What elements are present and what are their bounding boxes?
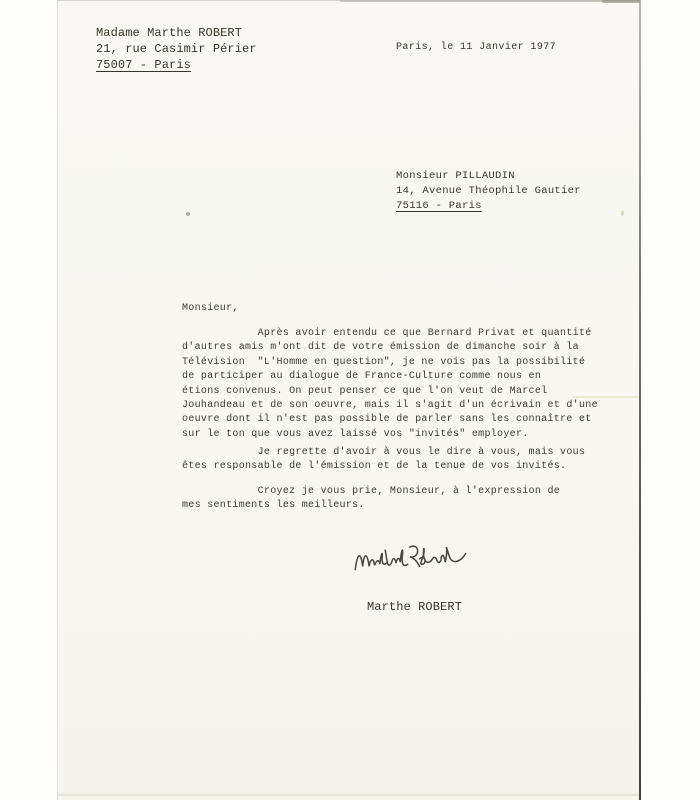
text-line: d'autres amis m'ont dit de votre émissio… <box>182 341 598 355</box>
recipient-city: 75116 - Paris <box>396 199 581 214</box>
letter-scan: Madame Marthe ROBERT 21, rue Casimir Pér… <box>0 0 700 800</box>
text-line: êtes responsable de l'émission et de la … <box>182 460 585 474</box>
recipient-address: Monsieur PILLAUDIN 14, Avenue Théophile … <box>396 169 581 214</box>
handwritten-signature <box>352 540 470 582</box>
sender-address: Madame Marthe ROBERT 21, rue Casimir Pér… <box>96 25 257 73</box>
paper-speck <box>186 212 190 216</box>
body-paragraph-3: Croyez je vous prie, Monsieur, à l'expre… <box>182 485 560 514</box>
text-line: Je regrette d'avoir à vous le dire à vou… <box>182 446 585 460</box>
scan-edge-top-dark <box>340 0 640 2</box>
text-line: Après avoir entendu ce que Bernard Priva… <box>182 327 598 341</box>
paper-speck <box>621 210 624 216</box>
typed-signature: Marthe ROBERT <box>367 600 462 614</box>
paper-bottom-shadow <box>57 792 639 796</box>
body-paragraph-1: Après avoir entendu ce que Bernard Priva… <box>182 327 598 442</box>
text-line: Télévision "L'Homme en question", je ne … <box>182 356 598 370</box>
scan-edge-left <box>57 0 58 800</box>
recipient-name: Monsieur PILLAUDIN <box>396 169 581 184</box>
text-line: Jouhandeau et de son oeuvre, mais il s'a… <box>182 399 598 413</box>
text-line: de participer au dialogue de France-Cult… <box>182 370 598 384</box>
text-line: Croyez je vous prie, Monsieur, à l'expre… <box>182 485 560 499</box>
scan-edge-right <box>639 0 641 800</box>
sender-name: Madame Marthe ROBERT <box>96 25 257 41</box>
letter-date: Paris, le 11 Janvier 1977 <box>396 42 556 53</box>
salutation: Monsieur, <box>182 303 239 314</box>
body-paragraph-2: Je regrette d'avoir à vous le dire à vou… <box>182 446 585 475</box>
recipient-street: 14, Avenue Théophile Gautier <box>396 184 581 199</box>
scan-smudge <box>602 0 640 3</box>
text-line: étions convenus. On peut penser ce que l… <box>182 385 598 399</box>
sender-city: 75007 - Paris <box>96 57 257 73</box>
sender-street: 21, rue Casimir Périer <box>96 41 257 57</box>
text-line: sur le ton que vous avez laissé vos "inv… <box>182 428 598 442</box>
text-line: mes sentiments les meilleurs. <box>182 499 560 513</box>
text-line: oeuvre dont il n'est pas possible de par… <box>182 413 598 427</box>
